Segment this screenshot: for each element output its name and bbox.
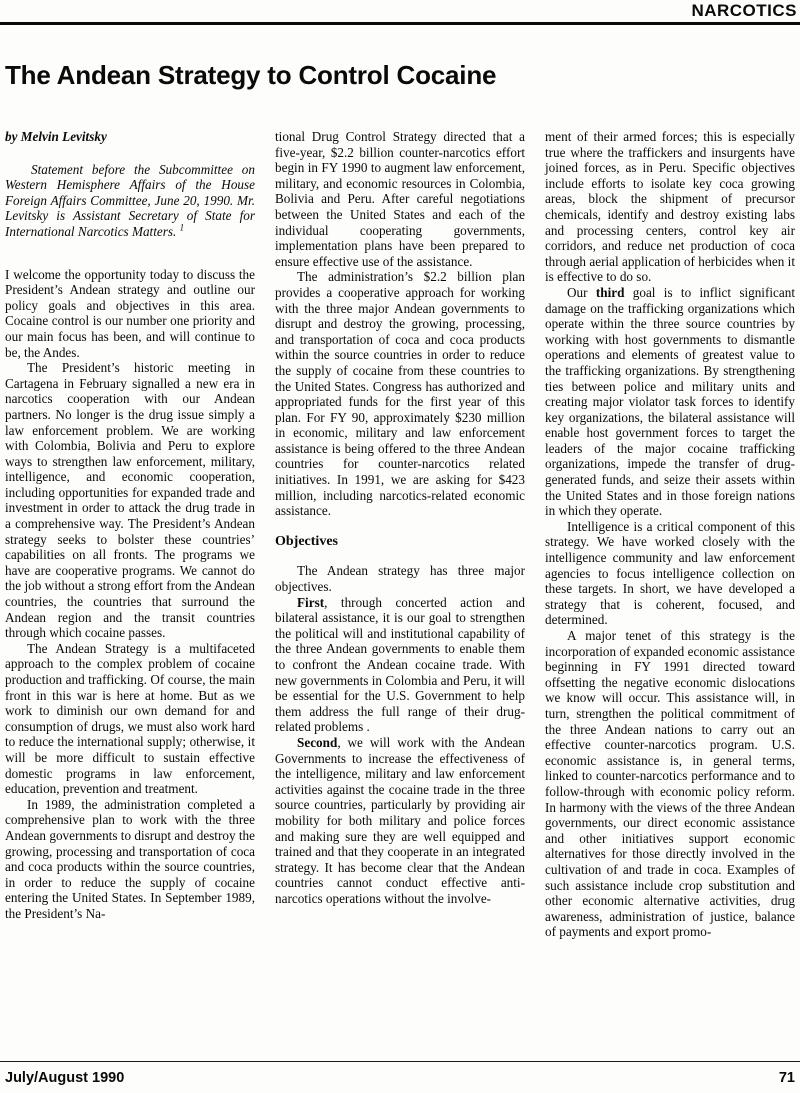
text-segment: , through concerted action and bilateral…	[275, 595, 525, 735]
paragraph: Second, we will work with the Andean Gov…	[275, 735, 525, 907]
text-segment: tional Drug Control Strategy directed th…	[275, 129, 525, 269]
page-footer: July/August 1990 71	[5, 1070, 795, 1086]
paragraph: The Andean Strategy is a multifaceted ap…	[5, 641, 255, 797]
text-column-3: ment of their armed forces; this is espe…	[545, 129, 795, 1059]
footnote-marker: 1	[180, 223, 185, 233]
section-label: NARCOTICS	[691, 1, 797, 21]
paragraph: Intelligence is a critical component of …	[545, 519, 795, 628]
text-column-2: tional Drug Control Strategy directed th…	[275, 129, 525, 1059]
text-segment: Intelligence is a critical component of …	[545, 519, 795, 628]
section-heading: Objectives	[275, 534, 525, 550]
paragraph: First, through concerted action and bila…	[275, 595, 525, 735]
article-body: by Melvin LevitskyStatement before the S…	[5, 129, 795, 1059]
paragraph: The administration’s $2.2 billion plan p…	[275, 269, 525, 519]
paragraph: I welcome the opportunity today to discu…	[5, 267, 255, 361]
text-segment: third	[596, 285, 625, 300]
byline: by Melvin Levitsky	[5, 129, 255, 145]
paragraph: The President’s historic meeting in Cart…	[5, 360, 255, 641]
text-segment: goal is to inflict significant damage on…	[545, 285, 795, 518]
issue-date: July/August 1990	[5, 1070, 124, 1086]
text-segment: The administration’s $2.2 billion plan p…	[275, 269, 525, 518]
paragraph: The Andean strategy has three major obje…	[275, 563, 525, 594]
page-number: 71	[779, 1070, 795, 1086]
text-segment: First	[297, 595, 324, 610]
text-segment: Statement before the Subcommittee on Wes…	[5, 162, 255, 239]
editorial-note: Statement before the Subcommittee on Wes…	[5, 162, 255, 240]
paragraph: In 1989, the administration completed a …	[5, 797, 255, 922]
text-segment: Objectives	[275, 534, 338, 549]
text-segment: , we will work with the Andean Governmen…	[275, 735, 525, 906]
text-segment: The Andean strategy has three major obje…	[275, 563, 525, 594]
text-segment: A major tenet of this strategy is the in…	[545, 628, 795, 939]
magazine-page: NARCOTICS The Andean Strategy to Control…	[0, 0, 800, 1093]
footer-rule	[0, 1061, 800, 1062]
paragraph: A major tenet of this strategy is the in…	[545, 628, 795, 940]
paragraph: Our third goal is to inflict significant…	[545, 285, 795, 519]
text-segment: ment of their armed forces; this is espe…	[545, 129, 795, 284]
paragraph-continuation: ment of their armed forces; this is espe…	[545, 129, 795, 285]
text-segment: by Melvin Levitsky	[5, 129, 107, 144]
paragraph-continuation: tional Drug Control Strategy directed th…	[275, 129, 525, 269]
text-segment: The President’s historic meeting in Cart…	[5, 360, 255, 640]
text-column-1: by Melvin LevitskyStatement before the S…	[5, 129, 255, 1059]
text-segment: Second	[297, 735, 337, 750]
article-title: The Andean Strategy to Control Cocaine	[5, 60, 496, 91]
text-segment: The Andean Strategy is a multifaceted ap…	[5, 641, 255, 796]
text-segment: I welcome the opportunity today to discu…	[5, 267, 255, 360]
header-rule	[0, 22, 800, 25]
text-segment: In 1989, the administration completed a …	[5, 797, 255, 921]
text-segment: Our	[567, 285, 596, 300]
